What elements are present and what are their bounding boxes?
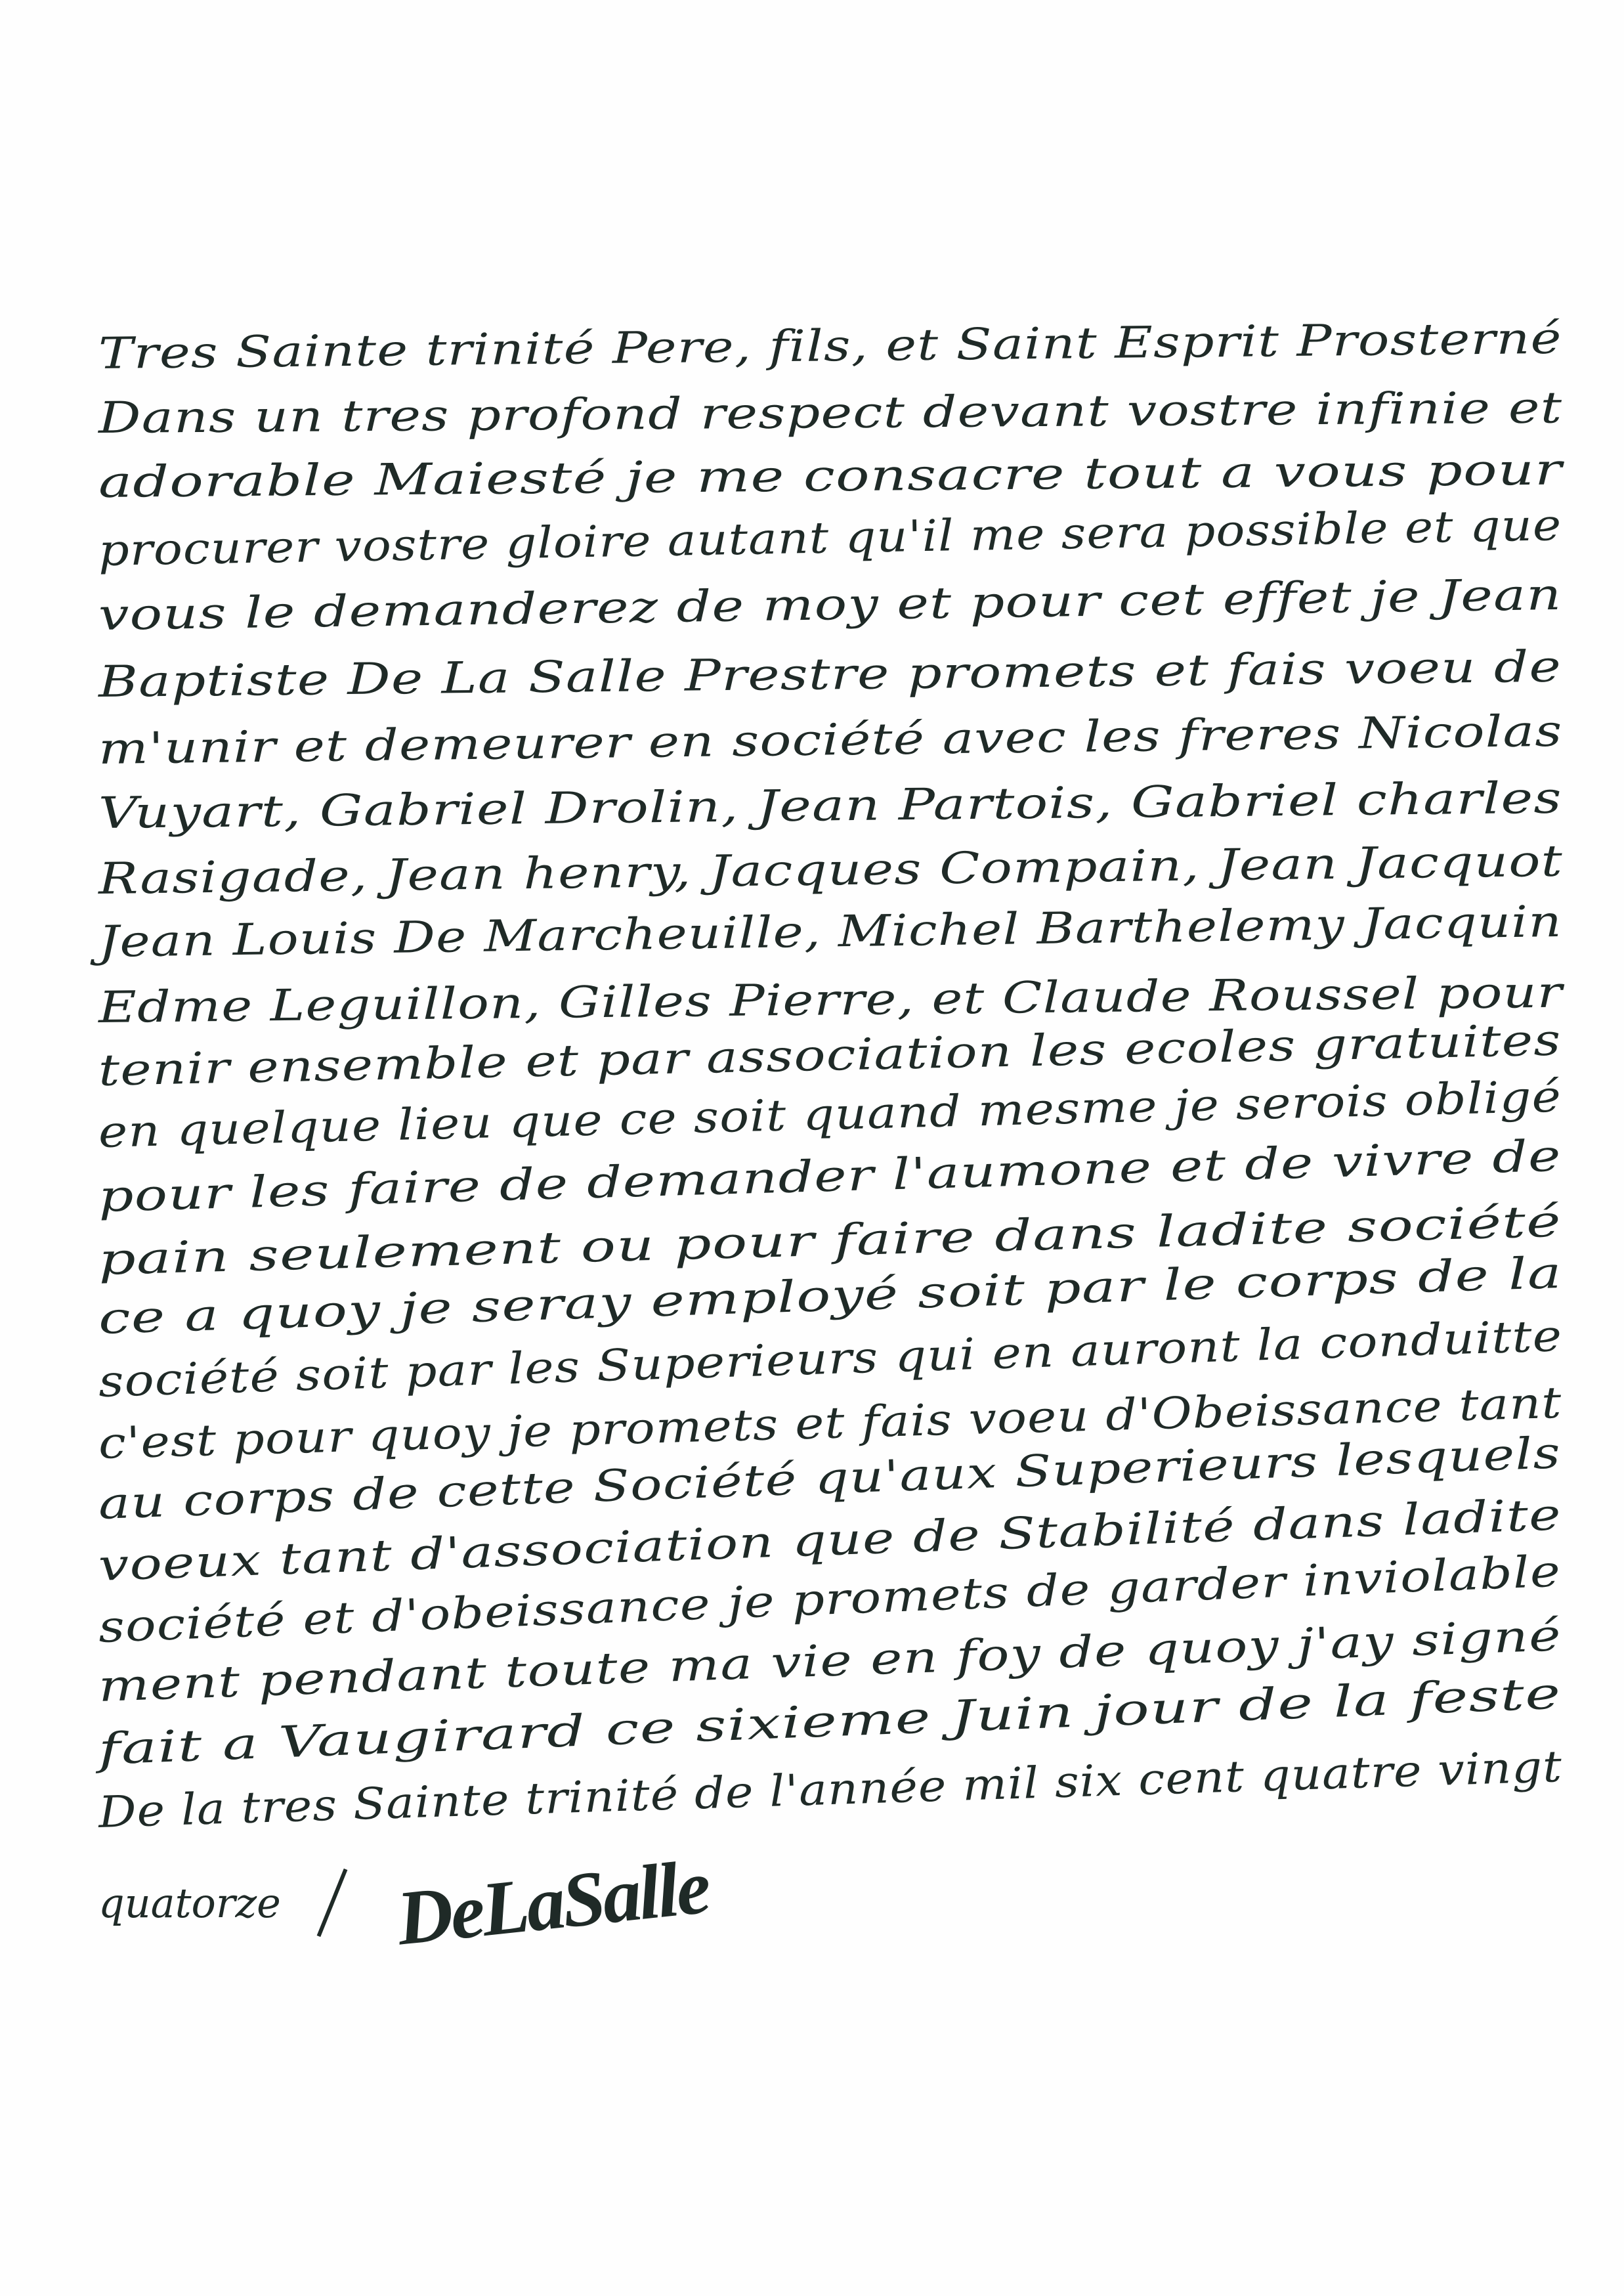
manuscript-line: vous le demanderez de moy et pour cet ef… <box>98 569 1562 640</box>
manuscript-line: Dans un tres profond respect devant vost… <box>98 382 1563 443</box>
signature: DeLaSalle <box>393 1842 712 1964</box>
pen-stroke <box>317 1869 348 1937</box>
manuscript-line: Tres Sainte trinité Pere, fils, et Saint… <box>98 313 1562 379</box>
manuscript-line: Vuyart, Gabriel Drolin, Jean Partois, Ga… <box>98 773 1563 838</box>
manuscript-line: Baptiste De La Salle Prestre promets et … <box>98 641 1562 707</box>
manuscript-line: m'unir et demeurer en société avec les f… <box>98 706 1563 774</box>
manuscript-line: Rasigade, Jean henry, Jacques Compain, J… <box>98 836 1564 904</box>
signature-row: quatorze DeLaSalle <box>98 1858 708 1947</box>
closing-word: quatorze <box>98 1879 281 1927</box>
manuscript-line: adorable Maiesté je me consacre tout a v… <box>98 444 1563 508</box>
manuscript-page: Tres Sainte trinité Pere, fils, et Saint… <box>0 0 1624 2296</box>
manuscript-line: procurer vostre gloire autant qu'il me s… <box>98 500 1562 576</box>
manuscript-line: Jean Louis De Marcheuille, Michel Barthe… <box>98 896 1562 967</box>
